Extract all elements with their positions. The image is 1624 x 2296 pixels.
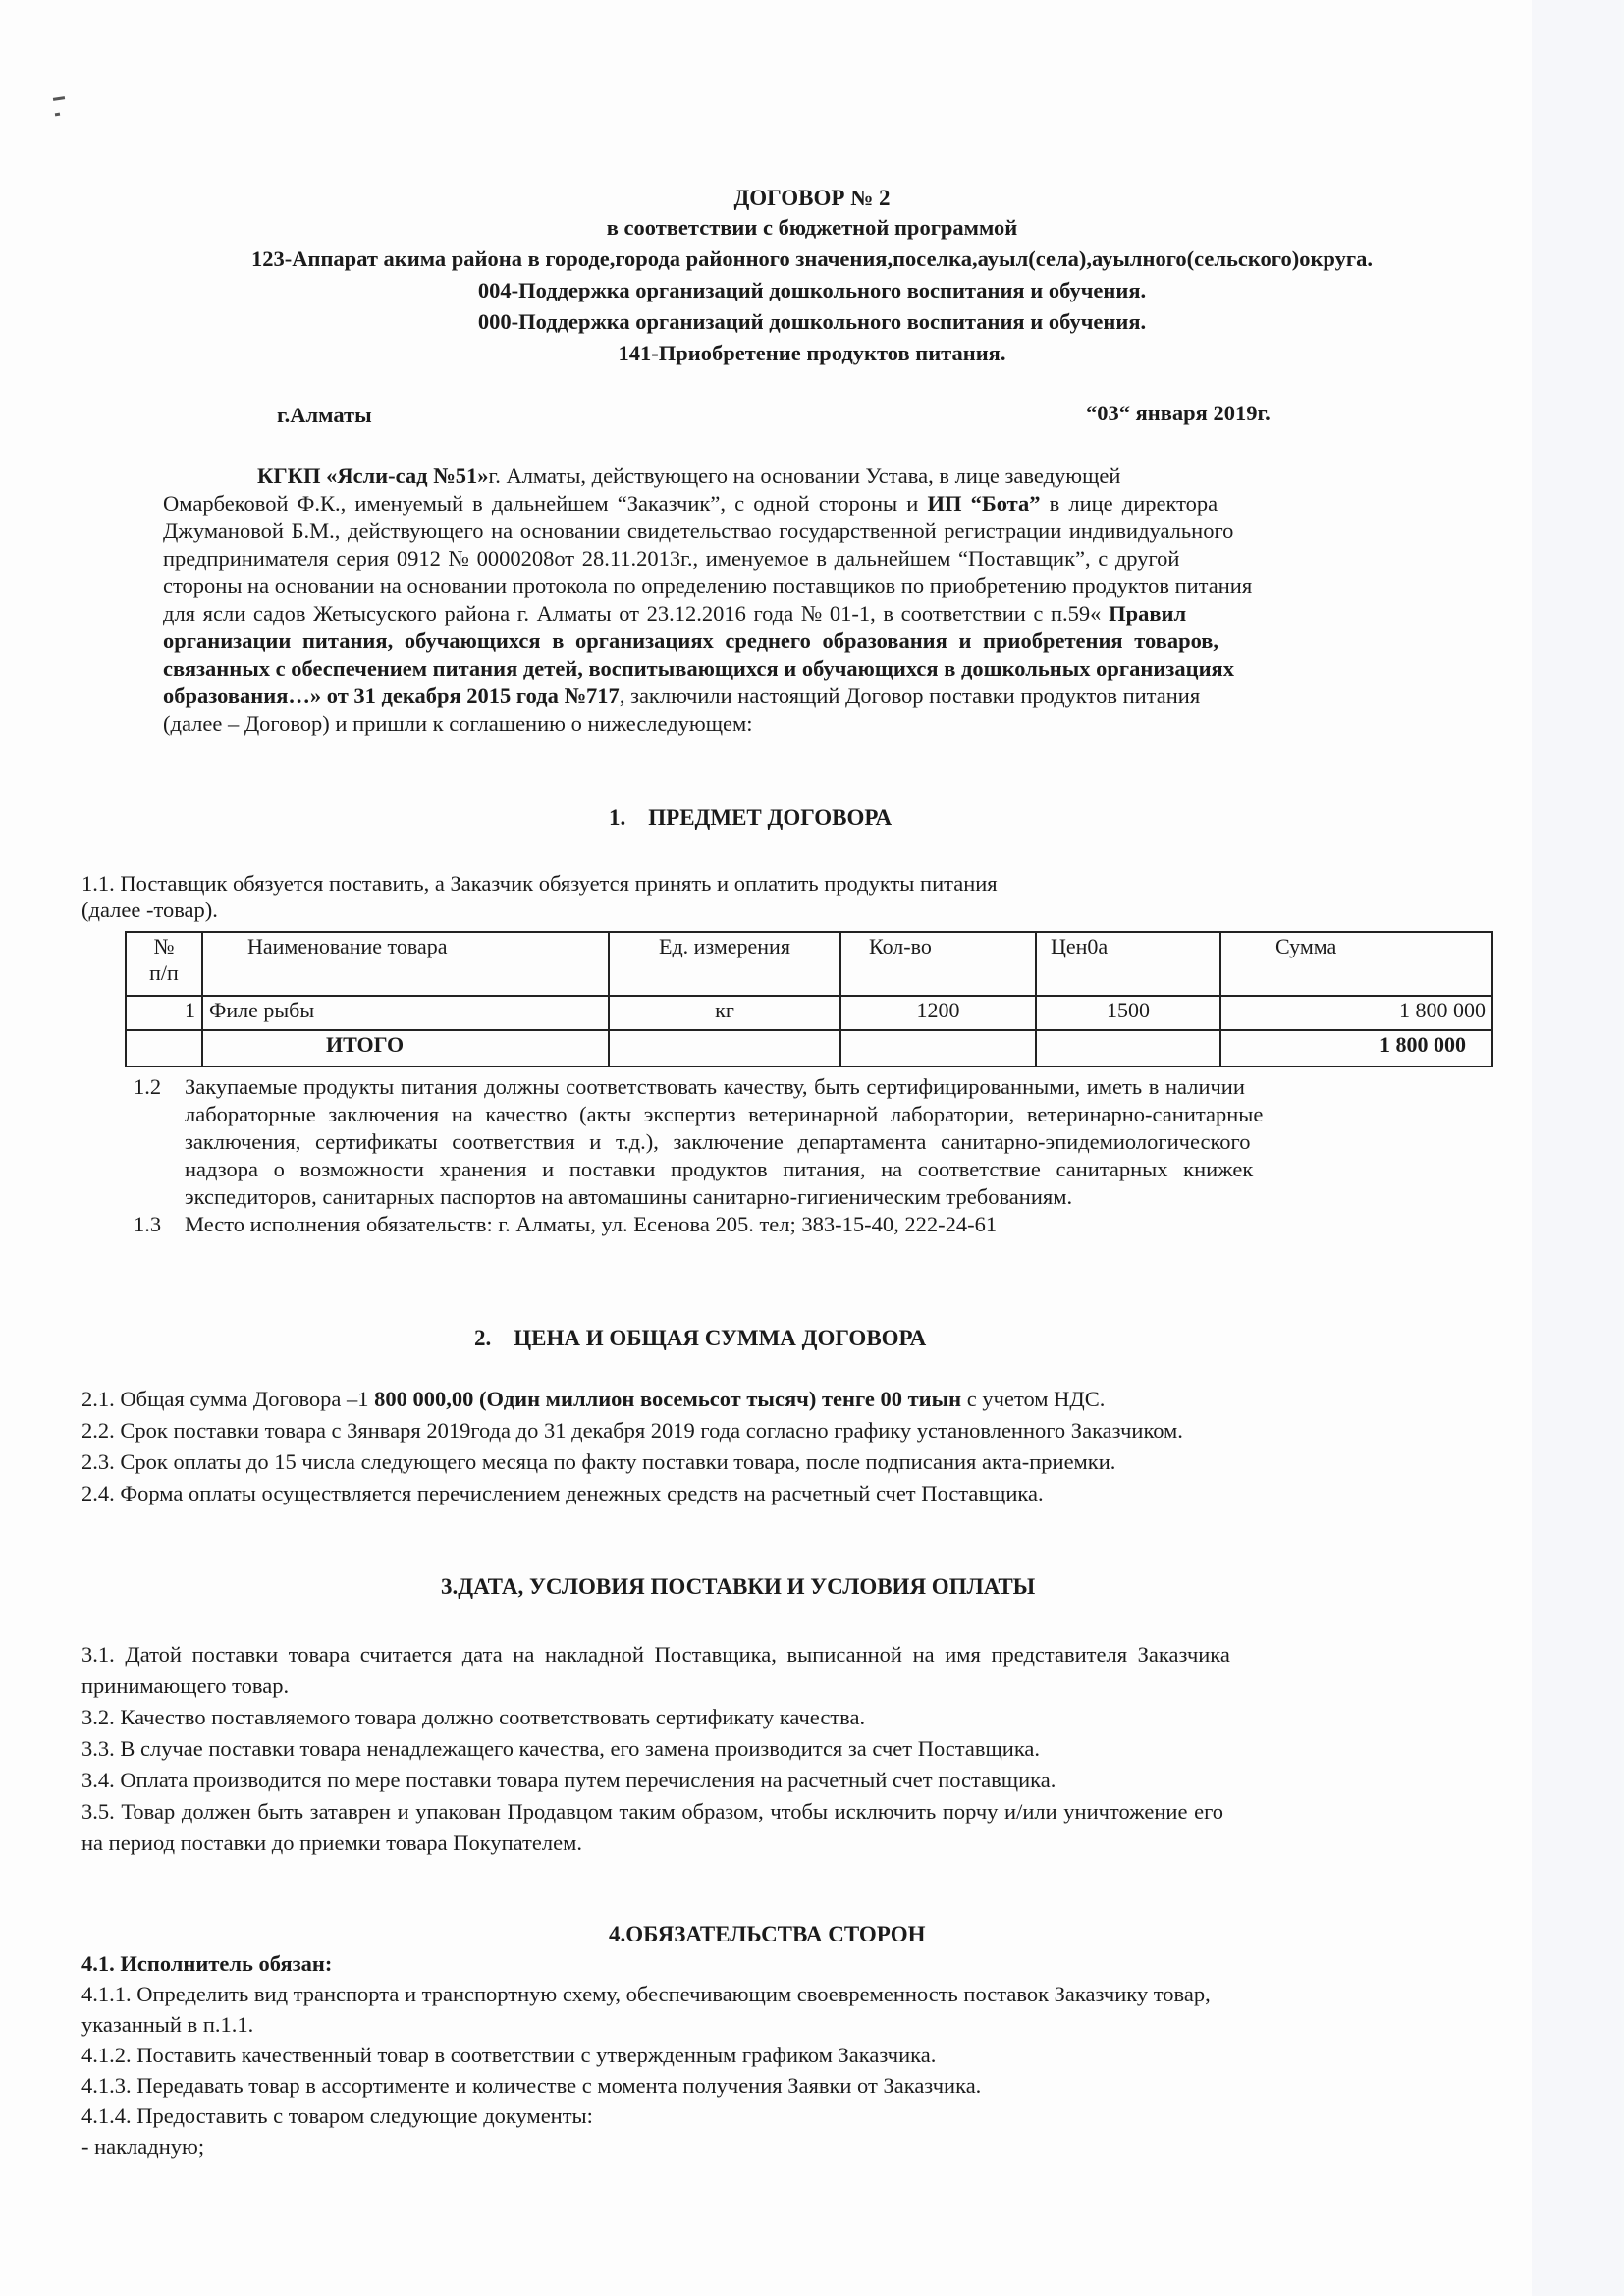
preamble-line-4: предпринимателя серия 0912 № 0000208от 2… [163,545,1179,573]
clause-3-4: 3.4. Оплата производится по мере поставк… [81,1766,1056,1795]
contract-city: г.Алматы [277,400,372,430]
clause-3-1-line-1: 3.1. Датой поставки товара считается дат… [81,1640,1517,1669]
section-4-heading: 4.ОБЯЗАТЕЛЬСТВА СТОРОН [609,1922,926,1947]
scan-artifact [55,113,60,117]
preamble-line-9: образования…» от 31 декабря 2015 года №7… [163,683,1200,710]
clause-4-1-3: 4.1.3. Передавать товар в ассортименте и… [81,2071,981,2101]
preamble-line-10: (далее – Договор) и пришли к соглашению … [163,710,753,738]
contract-title: ДОГОВОР № 2 [0,183,1624,213]
clause-4-1-2: 4.1.2. Поставить качественный товар в со… [81,2041,936,2070]
program-123-line: 123-Аппарат акима района в городе,города… [0,244,1624,274]
clause-3-1-line-2: принимающего товар. [81,1671,289,1701]
preamble-line-8: связанных с обеспечением питания детей, … [163,655,1234,683]
customer-name: КГКП «Ясли-сад №51» [257,464,489,488]
section-3-heading: 3.ДАТА, УСЛОВИЯ ПОСТАВКИ И УСЛОВИЯ ОПЛАТ… [441,1574,1035,1600]
total-sum: 1 800 000 [1220,1030,1492,1066]
clause-4-1-1-line-1: 4.1.1. Определить вид транспорта и транс… [81,1980,1211,2009]
column-header-name: Наименование товара [202,932,609,996]
clause-1-2-number: 1.2 [134,1073,161,1101]
table-row: 1 Филе рыбы кг 1200 1500 1 800 000 [126,996,1492,1030]
clause-2-1: 2.1. Общая сумма Договора –1 800 000,00 … [81,1385,1105,1414]
preamble-line-5: стороны на основании на основании проток… [163,573,1252,600]
row-sum: 1 800 000 [1220,996,1492,1030]
document-page: ДОГОВОР № 2 в соответствии с бюджетной п… [0,0,1624,2296]
clause-3-5-line-2: на период поставки до приемки товара Пок… [81,1829,582,1858]
list-item-invoice: - накладную; [81,2132,204,2161]
clause-1-2: Закупаемые продукты питания должны соотв… [185,1073,1512,1211]
clause-4-1-4: 4.1.4. Предоставить с товаром следующие … [81,2102,593,2131]
clause-3-3: 3.3. В случае поставки товара ненадлежащ… [81,1734,1040,1764]
program-141-line: 141-Приобретение продуктов питания. [0,338,1624,368]
preamble-line-6: для ясли садов Жетысуского района г. Алм… [163,600,1186,628]
clause-2-4: 2.4. Форма оплаты осуществляется перечис… [81,1479,1044,1508]
program-000-line: 000-Поддержка организаций дошкольного во… [0,306,1624,337]
clause-1-1-line-2: (далее -товар). [81,897,218,924]
supplier-name: ИП “Бота” [927,491,1040,516]
table-header-row: № п/п Наименование товара Ед. измерения … [126,932,1492,996]
table-total-row: ИТОГО 1 800 000 [126,1030,1492,1066]
clause-1-3: Место исполнения обязательств: г. Алматы… [185,1211,997,1238]
clause-3-5-line-1: 3.5. Товар должен быть затаврен и упаков… [81,1797,1223,1827]
row-qty: 1200 [840,996,1036,1030]
clause-4-1-heading: 4.1. Исполнитель обязан: [81,1949,332,1979]
clause-1-1-line-1: 1.1. Поставщик обязуется поставить, а За… [81,870,998,898]
clause-2-2: 2.2. Срок поставки товара с 3января 2019… [81,1416,1183,1446]
section-2-heading: 2. ЦЕНА И ОБЩАЯ СУММА ДОГОВОРА [474,1326,926,1351]
preamble-line-7: организации питания, обучающихся в орган… [163,628,1218,655]
row-item-name: Филе рыбы [202,996,609,1030]
column-header-sum: Сумма [1220,932,1492,996]
clause-1-3-number: 1.3 [134,1211,161,1238]
preamble-line-1: КГКП «Ясли-сад №51»г. Алматы, действующе… [257,463,1120,490]
column-header-unit: Ед. измерения [609,932,840,996]
section-1-heading: 1. ПРЕДМЕТ ДОГОВОРА [609,805,892,831]
row-unit: кг [609,996,840,1030]
scan-artifact [53,96,65,101]
contract-total-amount: 800 000,00 (Один миллион восемьсот тысяч… [374,1387,961,1411]
regulation-reference: образования…» от 31 декабря 2015 года №7… [163,683,620,708]
budget-program-line: в соответствии с бюджетной программой [0,212,1624,243]
column-header-qty: Кол-во [840,932,1036,996]
contract-date: “03“ января 2019г. [1086,398,1271,428]
column-header-number: № п/п [126,932,202,996]
program-004-line: 004-Поддержка организаций дошкольного во… [0,275,1624,305]
row-number: 1 [126,996,202,1030]
total-label: ИТОГО [202,1030,609,1066]
preamble-line-3: Джумановой Б.М., действующего на основан… [163,518,1233,545]
preamble-line-2: Омарбековой Ф.К., именуемый в дальнейшем… [163,490,1512,518]
row-price: 1500 [1036,996,1220,1030]
column-header-price: Цен0а [1036,932,1220,996]
clause-3-2: 3.2. Качество поставляемого товара должн… [81,1703,865,1732]
goods-table: № п/п Наименование товара Ед. измерения … [125,931,1493,1067]
clause-2-3: 2.3. Срок оплаты до 15 числа следующего … [81,1448,1115,1477]
clause-4-1-1-line-2: указанный в п.1.1. [81,2010,253,2040]
